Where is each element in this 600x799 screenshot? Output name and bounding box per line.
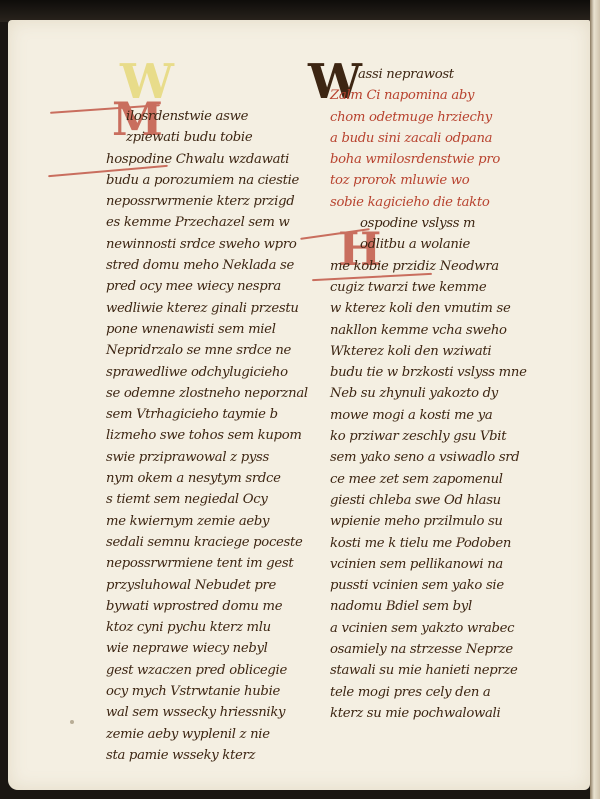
text-line: assi neprawost — [330, 64, 527, 85]
text-line: bywati wprostred domu me — [106, 596, 308, 617]
text-line: budu tie w brzkosti vslyss mne — [330, 362, 527, 383]
text-line: ilosrdenstwie aswe — [106, 106, 308, 127]
text-line: Wkterez koli den wziwati — [330, 341, 527, 362]
text-line: stred domu meho Neklada se — [106, 255, 308, 276]
text-line: gest wzaczen pred oblicegie — [106, 660, 308, 681]
text-line: sedali semnu kraciege poceste — [106, 532, 308, 553]
text-line: ospodine vslyss m — [330, 213, 527, 234]
parchment-spot — [70, 720, 74, 724]
text-line: przysluhowal Nebudet pre — [106, 575, 308, 596]
text-line: hospodine Chwalu wzdawati — [106, 149, 308, 170]
text-line: vcinien sem pellikanowi na — [330, 554, 527, 575]
text-line: swie prziprawowal z pyss — [106, 447, 308, 468]
text-line: cugiz twarzi twe kemme — [330, 277, 527, 298]
text-line: pone wnenawisti sem miel — [106, 319, 308, 340]
text-line: newinnosti srdce sweho wpro — [106, 234, 308, 255]
text-line: zpiewati budu tobie — [106, 127, 308, 148]
text-line: sprawedliwe odchylugicieho — [106, 362, 308, 383]
rubric-line: boha wmilosrdenstwie pro — [330, 149, 527, 170]
text-line: me kobie przidiz Neodwra — [330, 256, 527, 277]
rubric-line: chom odetmuge hrziechy — [330, 107, 527, 128]
text-line: tele mogi pres cely den a — [330, 682, 527, 703]
text-line: es kemme Przechazel sem w — [106, 212, 308, 233]
rubric-line: sobie kagicieho die takto — [330, 192, 527, 213]
text-line: ce mee zet sem zapomenul — [330, 469, 527, 490]
text-line: wie neprawe wiecy nebyl — [106, 638, 308, 659]
text-line: osamiely na strzesse Neprze — [330, 639, 527, 660]
text-line: kosti me k tielu me Podoben — [330, 533, 527, 554]
text-line: nepossrwrmenie kterz przigd — [106, 191, 308, 212]
text-line: nym okem a nesytym srdce — [106, 468, 308, 489]
text-line: nakllon kemme vcha sweho — [330, 320, 527, 341]
text-line: Neb su zhynuli yakozto dy — [330, 383, 527, 404]
text-line: ktoz cyni pychu kterz mlu — [106, 617, 308, 638]
text-line: zemie aeby wyplenil z nie — [106, 724, 308, 745]
rubric-line: a budu sini zacali odpana — [330, 128, 527, 149]
text-line: nadomu Bdiel sem byl — [330, 596, 527, 617]
text-line: wal sem wssecky hriessniky — [106, 702, 308, 723]
text-line: stawali su mie hanieti neprze — [330, 660, 527, 681]
text-line: sem Vtrhagicieho taymie b — [106, 404, 308, 425]
next-leaf-edge — [590, 0, 600, 799]
text-line: mowe mogi a kosti me ya — [330, 405, 527, 426]
text-column-left: ilosrdenstwie aswezpiewati budu tobiehos… — [106, 106, 308, 766]
text-line: nepossrwrmiene tent im gest — [106, 553, 308, 574]
text-line: s tiemt sem negiedal Ocy — [106, 489, 308, 510]
rubric-line: Zalm Ci napomina aby — [330, 85, 527, 106]
text-line: Nepridrzalo se mne srdce ne — [106, 340, 308, 361]
text-column-right: assi neprawostZalm Ci napomina abychom o… — [330, 64, 527, 724]
text-line: a vcinien sem yakzto wrabec — [330, 618, 527, 639]
text-line: giesti chleba swe Od hlasu — [330, 490, 527, 511]
text-line: lizmeho swe tohos sem kupom — [106, 425, 308, 446]
text-line: me kwiernym zemie aeby — [106, 511, 308, 532]
text-line: sem yako seno a vsiwadlo srd — [330, 447, 527, 468]
text-line: ko prziwar zeschly gsu Vbit — [330, 426, 527, 447]
scan-background-top — [0, 0, 600, 22]
text-line: pussti vcinien sem yako sie — [330, 575, 527, 596]
text-line: sta pamie wsseky kterz — [106, 745, 308, 766]
text-line: budu a porozumiem na ciestie — [106, 170, 308, 191]
text-line: w kterez koli den vmutim se — [330, 298, 527, 319]
rubric-line: toz prorok mluwie wo — [330, 170, 527, 191]
text-line: wedliwie kterez ginali przestu — [106, 298, 308, 319]
text-line: se odemne zlostneho neporznal — [106, 383, 308, 404]
text-line: wpienie meho przilmulo su — [330, 511, 527, 532]
text-line: odlitbu a wolanie — [330, 234, 527, 255]
text-line: ocy mych Vstrwtanie hubie — [106, 681, 308, 702]
text-line: kterz su mie pochwalowali — [330, 703, 527, 724]
text-line: pred ocy mee wiecy nespra — [106, 276, 308, 297]
